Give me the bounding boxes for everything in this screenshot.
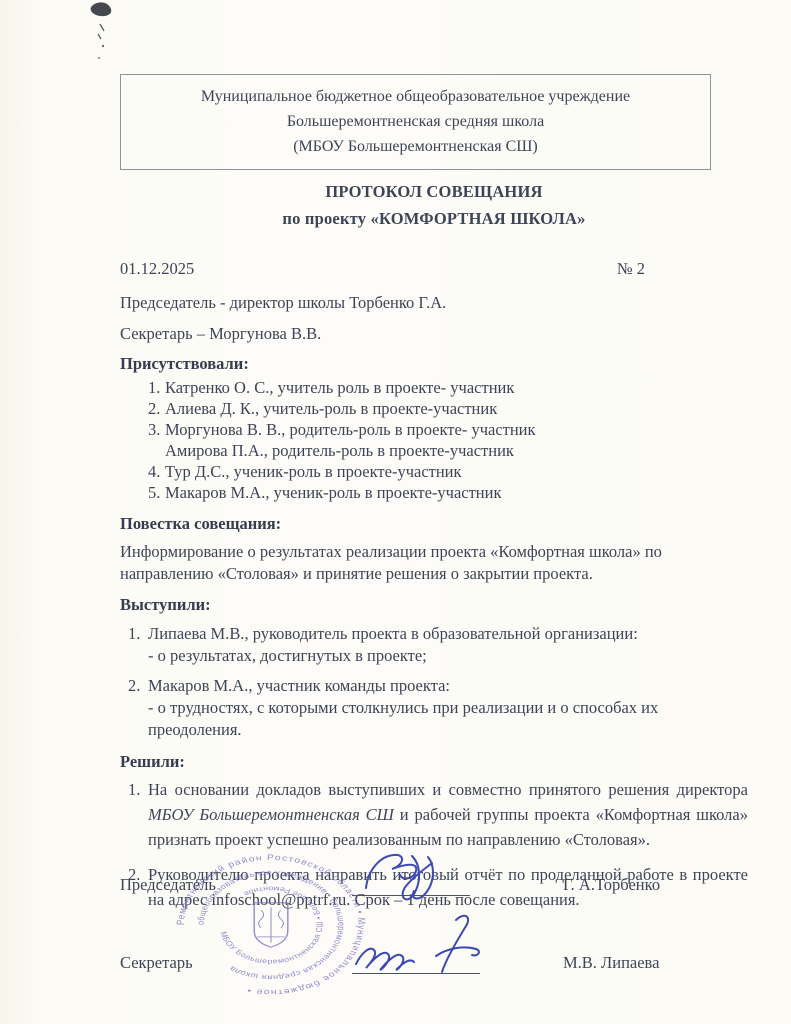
attendees-list: 1. Катренко О. С., учитель роль в проект… — [120, 377, 748, 503]
decision-text: На основании докладов выступивших и совм… — [148, 777, 748, 852]
document-number: № 2 — [617, 258, 645, 280]
secretary-line: Секретарь – Моргунова В.В. — [120, 323, 748, 345]
speaker-text: Липаева М.В., руководитель проекта в обр… — [148, 623, 638, 667]
speakers-list: 1. Липаева М.В., руководитель проекта в … — [120, 623, 748, 741]
document-title: ПРОТОКОЛ СОВЕЩАНИЯ по проекту «КОМФОРТНА… — [120, 178, 748, 232]
attendee-item: 3. Моргунова В. В., родитель-роль в прое… — [120, 419, 748, 461]
title-line-1: ПРОТОКОЛ СОВЕЩАНИЯ — [120, 178, 748, 205]
title-line-2: по проекту «КОМФОРТНАЯ ШКОЛА» — [120, 205, 748, 232]
stamp-shield-emblem — [254, 903, 288, 947]
attendee-number: 2. — [148, 398, 165, 419]
organization-header-box: Муниципальное бюджетное общеобразователь… — [120, 74, 711, 170]
attendee-number: 4. — [148, 461, 165, 482]
attendee-item: 5. Макаров М.А., ученик-роль в проекте-у… — [120, 482, 748, 503]
attendee-number: 5. — [148, 482, 165, 503]
decision-text-italic: МБОУ Большеремонтненская СШ — [148, 805, 394, 824]
document-date: 01.12.2025 — [120, 258, 194, 280]
speaker-text: Макаров М.А., участник команды проекта: … — [148, 675, 748, 741]
org-school-line: Большеремонтненская средняя школа — [131, 109, 700, 134]
document-page: Муниципальное бюджетное общеобразователь… — [0, 0, 791, 1024]
attendee-text: Макаров М.А., ученик-роль в проекте-учас… — [165, 482, 748, 503]
chairman-name: Г. А.Торбенко — [563, 874, 660, 896]
speaker-text-line: Липаева М.В., руководитель проекта в обр… — [148, 623, 638, 645]
chairman-line: Председатель - директор школы Торбенко Г… — [120, 292, 748, 314]
speaker-item: 2. Макаров М.А., участник команды проект… — [120, 675, 748, 741]
attendee-number: 1. — [148, 377, 165, 398]
decision-item: 1. На основании докладов выступивших и с… — [120, 777, 748, 852]
org-abbrev-line: (МБОУ Большеремонтненская СШ) — [131, 134, 700, 159]
speaker-text-line: - о результатах, достигнутых в проекте; — [148, 645, 638, 667]
attendee-text: Катренко О. С., учитель роль в проекте- … — [165, 377, 748, 398]
school-stamp: Ремонтненский район Ростовской области •… — [172, 851, 370, 999]
speaker-text-line: - о трудностях, с которыми столкнулись п… — [148, 697, 748, 741]
meta-row: 01.12.2025 № 2 — [120, 258, 748, 280]
speaker-item: 1. Липаева М.В., руководитель проекта в … — [120, 623, 748, 667]
decisions-heading: Решили: — [120, 751, 748, 772]
secretary-signature — [348, 912, 498, 978]
attendee-text-line: Амирова П.А., родитель-роль в проекте-уч… — [165, 440, 748, 461]
attendee-text: Алиева Д. К., учитель-роль в проекте-уча… — [165, 398, 748, 419]
decision-text-part: На основании докладов выступивших и совм… — [148, 780, 748, 799]
attendee-text: Тур Д.С., ученик-роль в проекте-участник — [165, 461, 748, 482]
decision-number: 1. — [128, 777, 148, 852]
agenda-text: Информирование о результатах реализации … — [120, 541, 748, 585]
attendee-text-line: Моргунова В. В., родитель-роль в проекте… — [165, 419, 748, 440]
attendee-item: 2. Алиева Д. К., учитель-роль в проекте-… — [120, 398, 748, 419]
secretary-name: М.В. Липаева — [563, 952, 659, 974]
org-name-line: Муниципальное бюджетное общеобразователь… — [131, 84, 700, 109]
speaker-number: 1. — [128, 623, 148, 667]
speaker-number: 2. — [128, 675, 148, 741]
attendees-heading: Присутствовали: — [120, 353, 748, 374]
attendee-item: 1. Катренко О. С., учитель роль в проект… — [120, 377, 748, 398]
document-body: Муниципальное бюджетное общеобразователь… — [120, 0, 748, 912]
speakers-heading: Выступили: — [120, 594, 748, 615]
agenda-heading: Повестка совещания: — [120, 513, 748, 534]
speaker-text-line: Макаров М.А., участник команды проекта: — [148, 675, 748, 697]
attendee-number: 3. — [148, 419, 165, 461]
attendee-item: 4. Тур Д.С., ученик-роль в проекте-участ… — [120, 461, 748, 482]
attendee-text: Моргунова В. В., родитель-роль в проекте… — [165, 419, 748, 461]
